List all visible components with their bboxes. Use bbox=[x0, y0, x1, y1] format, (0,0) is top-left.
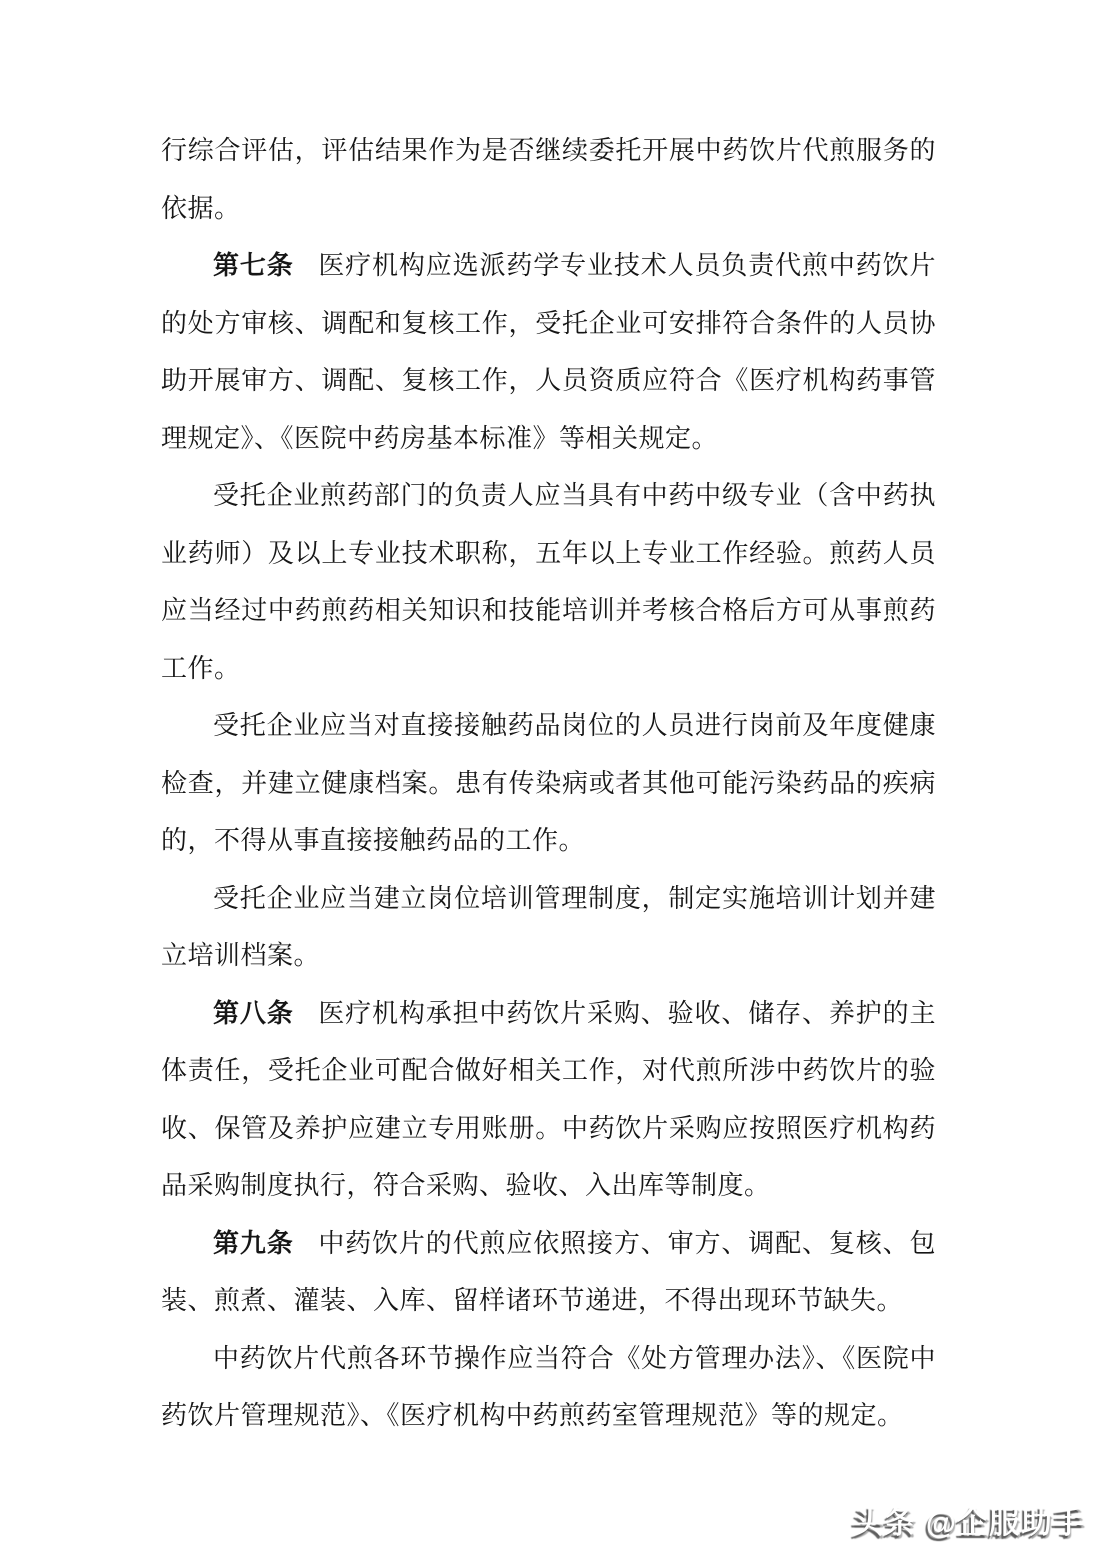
paragraph-text: 中药饮片代煎各环节操作应当符合《处方管理办法》、《医院中药饮片管理规范》、《医疗… bbox=[161, 1344, 936, 1431]
paragraph-text: 医疗机构承担中药饮片采购、验收、储存、养护的主体责任，受托企业可配合做好相关工作… bbox=[161, 999, 936, 1201]
article-number: 第七条 bbox=[213, 251, 318, 280]
paragraph: 第九条中药饮片的代煎应依照接方、审方、调配、复核、包装、煎煮、灌装、入库、留样诸… bbox=[161, 1215, 936, 1330]
paragraph-text: 医疗机构应选派药学专业技术人员负责代煎中药饮片的处方审核、调配和复核工作，受托企… bbox=[161, 251, 936, 453]
paragraph: 受托企业应当建立岗位培训管理制度，制定实施培训计划并建立培训档案。 bbox=[161, 870, 936, 985]
paragraph-text: 受托企业应当对直接接触药品岗位的人员进行岗前及年度健康检查，并建立健康档案。患有… bbox=[161, 711, 936, 855]
article-number: 第八条 bbox=[213, 999, 318, 1028]
paragraph: 中药饮片代煎各环节操作应当符合《处方管理办法》、《医院中药饮片管理规范》、《医疗… bbox=[161, 1330, 936, 1445]
paragraph-text: 行综合评估，评估结果作为是否继续委托开展中药饮片代煎服务的依据。 bbox=[161, 136, 936, 223]
paragraph: 受托企业煎药部门的负责人应当具有中药中级专业（含中药执业药师）及以上专业技术职称… bbox=[161, 467, 936, 697]
paragraph-text: 受托企业煎药部门的负责人应当具有中药中级专业（含中药执业药师）及以上专业技术职称… bbox=[161, 481, 936, 683]
paragraph-text: 受托企业应当建立岗位培训管理制度，制定实施培训计划并建立培训档案。 bbox=[161, 884, 936, 971]
document-page: 行综合评估，评估结果作为是否继续委托开展中药饮片代煎服务的依据。第七条医疗机构应… bbox=[0, 0, 1102, 1559]
paragraph: 受托企业应当对直接接触药品岗位的人员进行岗前及年度健康检查，并建立健康档案。患有… bbox=[161, 697, 936, 870]
document-body: 行综合评估，评估结果作为是否继续委托开展中药饮片代煎服务的依据。第七条医疗机构应… bbox=[161, 122, 936, 1445]
article-number: 第九条 bbox=[213, 1229, 318, 1258]
paragraph: 第七条医疗机构应选派药学专业技术人员负责代煎中药饮片的处方审核、调配和复核工作，… bbox=[161, 237, 936, 467]
paragraph: 第八条医疗机构承担中药饮片采购、验收、储存、养护的主体责任，受托企业可配合做好相… bbox=[161, 985, 936, 1215]
watermark: 头条 @企服助手 bbox=[852, 1497, 1085, 1542]
paragraph: 行综合评估，评估结果作为是否继续委托开展中药饮片代煎服务的依据。 bbox=[161, 122, 936, 237]
